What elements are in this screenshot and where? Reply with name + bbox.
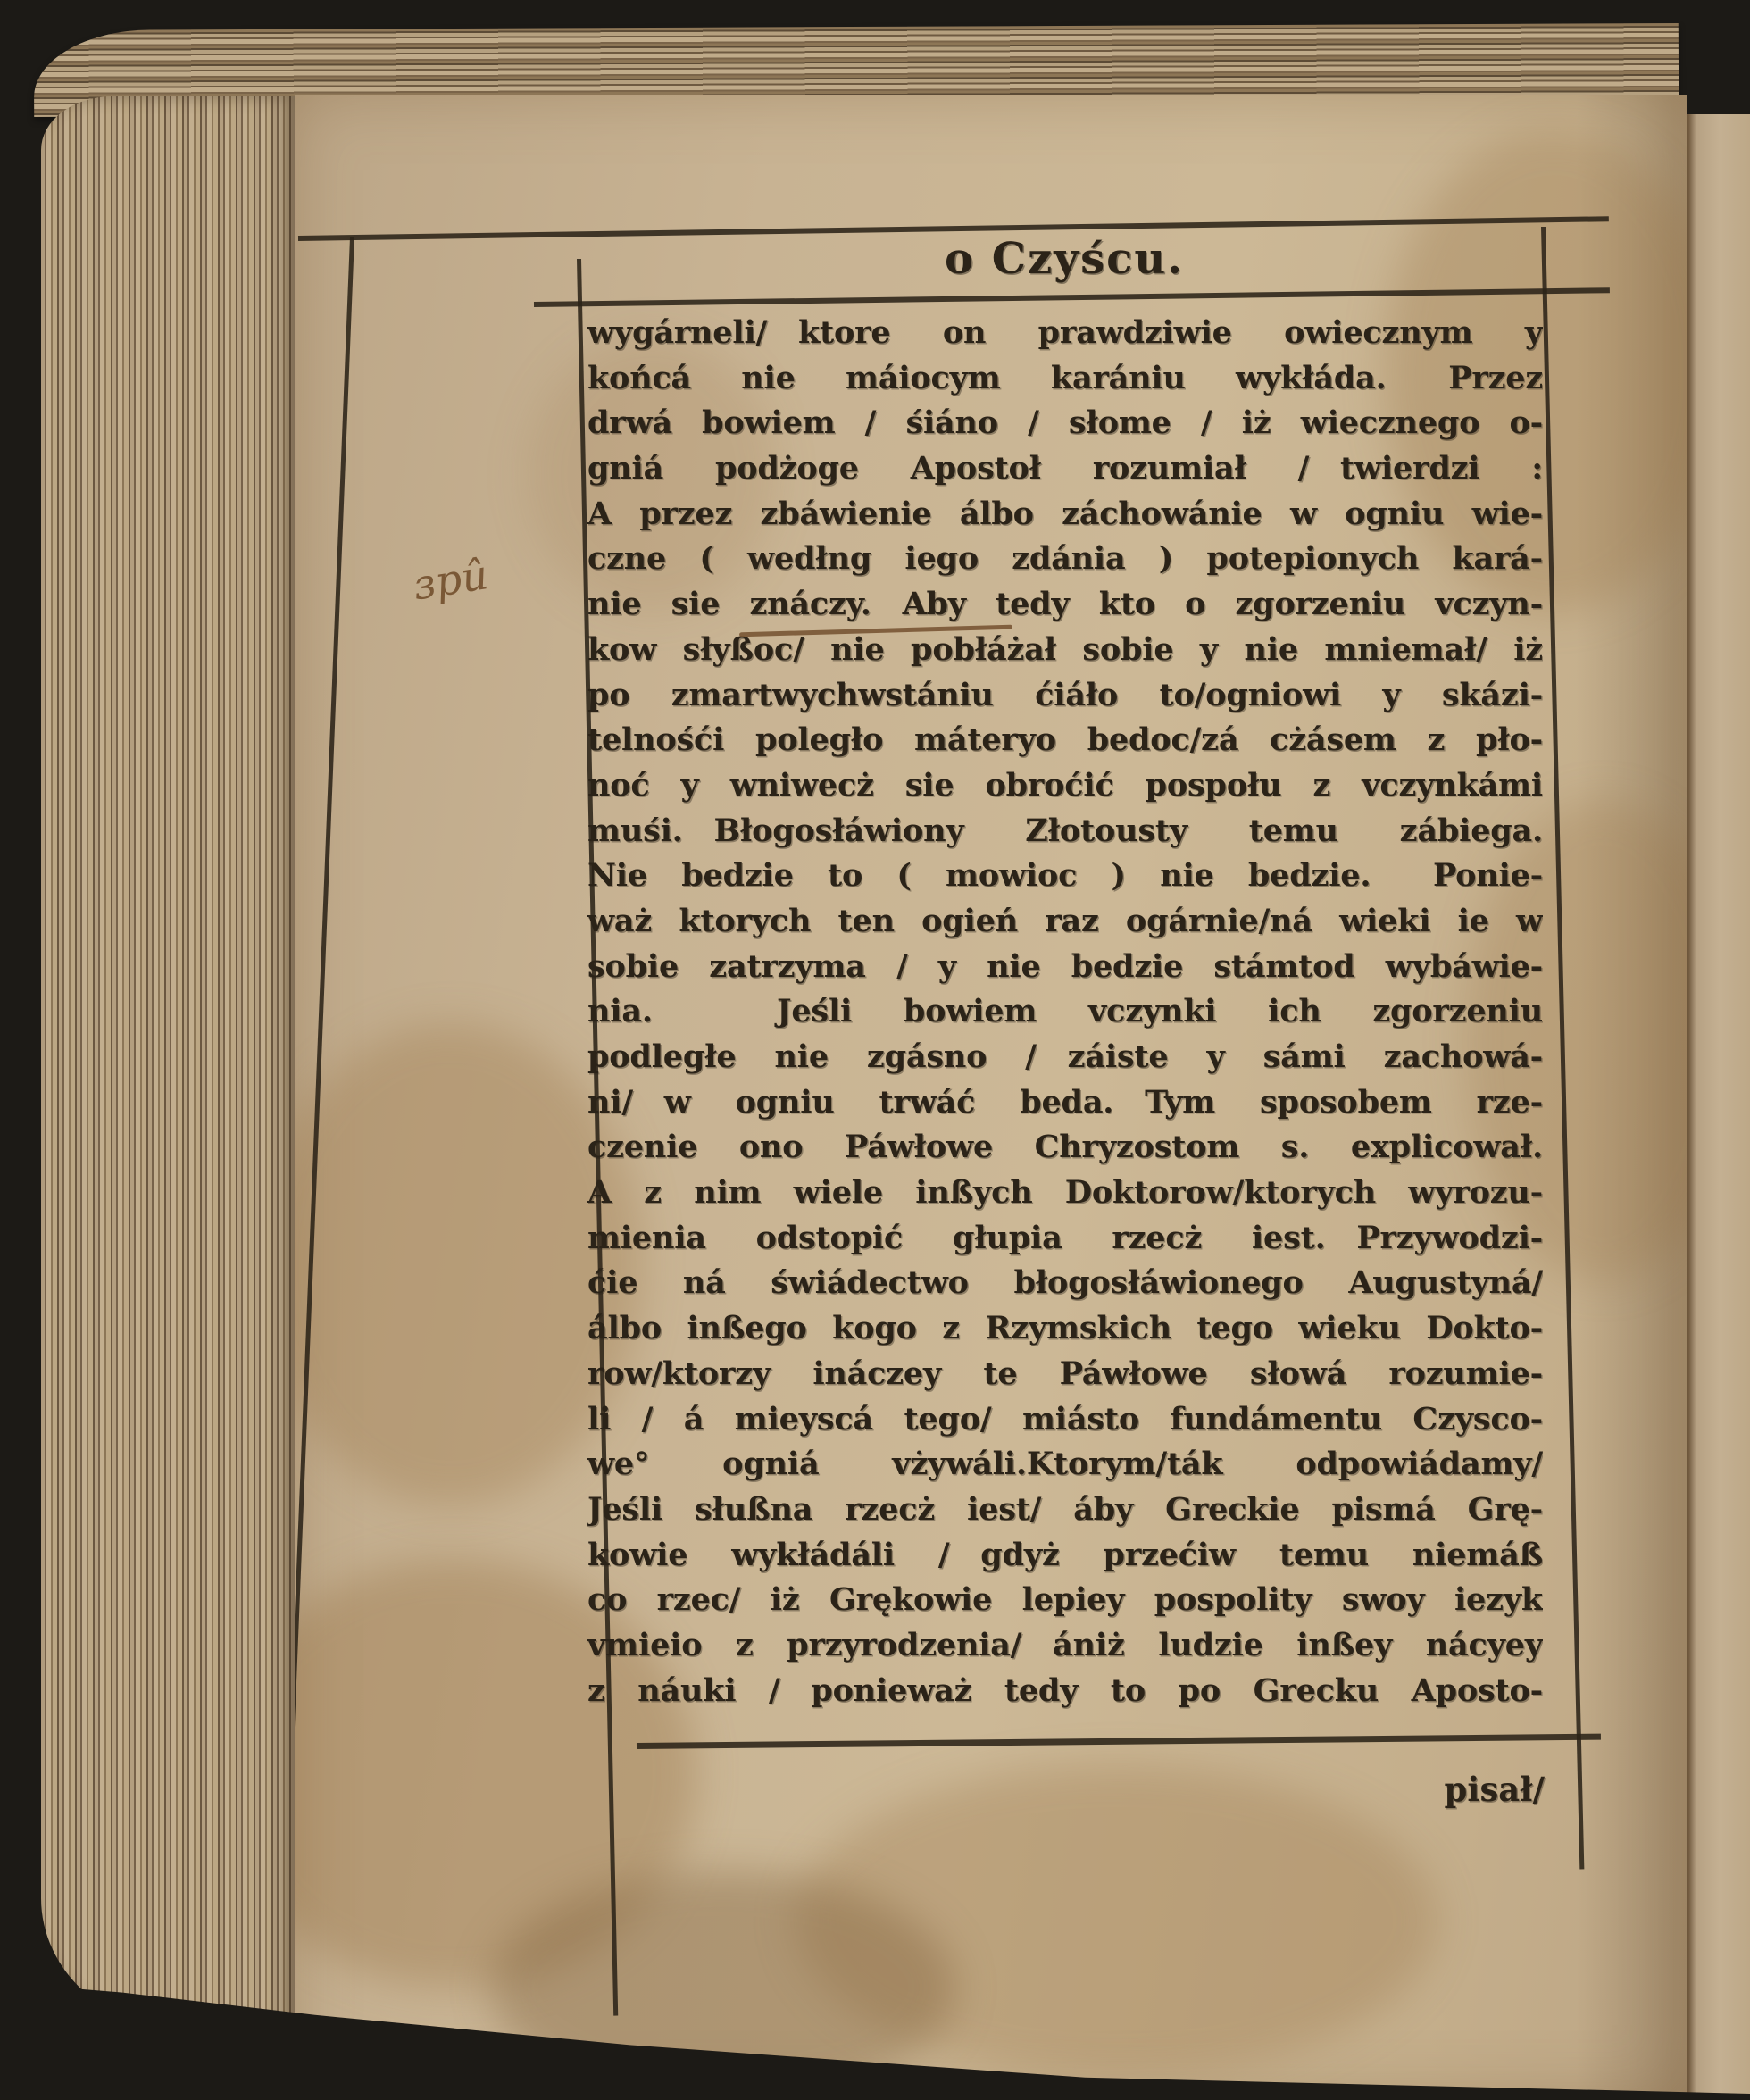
text-line: row/ktorzy ináczey te Páwłowe słowá rozu… (587, 1355, 1543, 1401)
text-line: ni/ w ogniu trwáć beda. Tym sposobem rze… (587, 1084, 1543, 1129)
text-line: Nie bedzie to ( mowioc ) nie bedzie. Pon… (587, 857, 1543, 903)
text-line: waż ktorych ten ogień raz ogárnie/ná wie… (587, 903, 1543, 948)
text-line: gniá podżoge Apostoł rozumiał / twierdzi… (587, 450, 1543, 496)
text-line: muśi. Błogosłáwiony Złotousty temu zábie… (587, 812, 1543, 858)
text-line: czenie ono Páwłowe Chryzostom s. explico… (587, 1129, 1543, 1174)
marginal-annotation: зри̂ (410, 542, 541, 609)
page: o Czyścu. wygárneli/ ktore on prawdziwie… (295, 95, 1687, 2100)
text-line: álbo inßego kogo z Rzymskich tego wieku … (587, 1310, 1543, 1355)
catchword: pisał/ (1223, 1770, 1545, 1809)
text-line: A przez zbáwienie álbo záchowánie w ogni… (587, 496, 1543, 541)
text-line: kowie wykłádáli / gdyż przećiw temu niem… (587, 1537, 1543, 1582)
printed-rule-bottom (637, 1734, 1601, 1749)
facing-page-strip (1684, 114, 1750, 2100)
text-line: z náuki / ponieważ tedy to po Grecku Apo… (587, 1672, 1543, 1718)
text-line: ćie ná świádectwo błogosłáwionego August… (587, 1264, 1543, 1310)
text-line: vmieio z przyrodzenia/ ániż ludzie inßey… (587, 1627, 1543, 1672)
text-line: kow słyßoc/ nie pobłáżał sobie y nie mni… (587, 631, 1543, 677)
text-line: mienia odstopić głupia rzecż iest. Przyw… (587, 1220, 1543, 1265)
text-line: końcá nie máiocym karániu wykłáda. Przez (587, 360, 1543, 405)
text-line: po zmartwychwstániu ćiáło to/ogniowi y s… (587, 677, 1543, 722)
text-line: podległe nie zgásno / záiste y sámi zach… (587, 1038, 1543, 1084)
text-line: telnośći poległo máteryo bedoc/zá cżásem… (587, 721, 1543, 767)
text-line: wygárneli/ ktore on prawdziwie owiecznym… (587, 314, 1543, 360)
text-line: co rzec/ iż Grękowie lepiey pospolity sw… (587, 1581, 1543, 1627)
text-line: czne ( wedłng iego zdánia ) potepionych … (587, 540, 1543, 586)
text-line: li / á mieyscá tego/ miásto fundámentu C… (587, 1401, 1543, 1446)
text-line: noć y wniwecż sie obroćić pospołu z vczy… (587, 767, 1543, 812)
text-line: A z nim wiele inßych Doktorow/ktorych wy… (587, 1174, 1543, 1220)
page-edges-fore-edge (41, 96, 297, 2032)
text-line: drwá bowiem / śiáno / słome / iż wieczne… (587, 404, 1543, 450)
body-text: wygárneli/ ktore on prawdziwie owiecznym… (587, 314, 1543, 1717)
text-line: sobie zatrzyma / y nie bedzie stámtod wy… (587, 948, 1543, 994)
text-line: we° ogniá vżywáli.Ktorym/ták odpowiádamy… (587, 1446, 1543, 1491)
book-photo: o Czyścu. wygárneli/ ktore on prawdziwie… (0, 0, 1750, 2100)
text-line: Jeśli słußna rzecż iest/ áby Greckie pis… (587, 1491, 1543, 1537)
text-line: nie sie znáczy. Aby tedy kto o zgorzeniu… (587, 586, 1543, 631)
text-line: nia. Jeśli bowiem vczynki ich zgorzeniu (587, 993, 1543, 1038)
running-header: o Czyścu. (587, 234, 1541, 289)
